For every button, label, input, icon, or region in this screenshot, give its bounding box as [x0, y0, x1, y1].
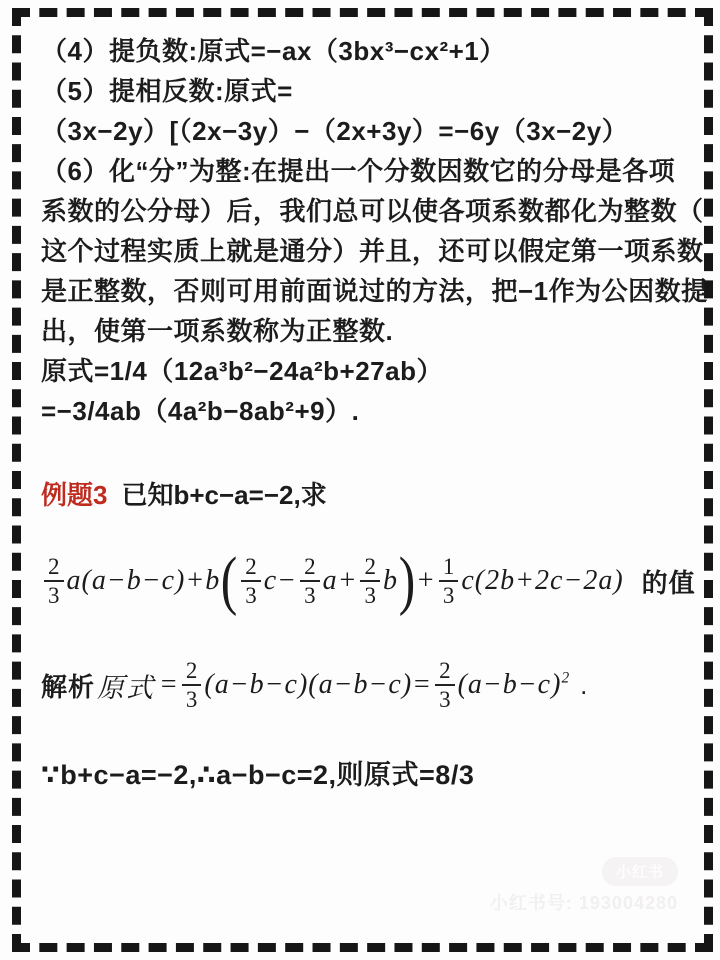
fraction-denominator: 3: [364, 582, 376, 608]
big-right-paren: ): [399, 551, 415, 610]
text-line-original-expression: 原式=1/4（12a³b²−24a²b+27ab）: [41, 351, 694, 391]
content-area: （4）提负数:原式=−ax（3bx³−cx²+1） （5）提相反数:原式= （3…: [41, 31, 694, 795]
fraction-denominator: 3: [304, 582, 316, 608]
watermark: 小红书 小红书号: 193004280: [490, 857, 678, 915]
fraction-denominator: 3: [186, 686, 198, 712]
example-statement: 已知b+c−a=−2,求: [121, 480, 326, 510]
formula-suffix: 的值: [642, 563, 696, 600]
text-line-result: =−3/4ab（4a²b−8ab²+9）.: [41, 391, 694, 431]
example-label: 例题3: [41, 480, 107, 510]
fraction: 23: [360, 554, 380, 609]
worksheet-page: （4）提负数:原式=−ax（3bx³−cx²+1） （5）提相反数:原式= （3…: [0, 0, 720, 960]
equals-sign: =: [412, 669, 432, 701]
math-term: a(a−b−c)+b: [67, 565, 221, 597]
math-term: c(2b+2c−2a): [461, 565, 623, 597]
text-line-expression: （3x−2y）[（2x−3y）−（2x+3y）=−6y（3x−2y）: [41, 111, 694, 151]
fraction-denominator: 3: [443, 582, 455, 608]
fraction-numerator: 2: [241, 554, 261, 582]
big-left-paren: (: [221, 551, 237, 610]
fraction: 13: [439, 554, 459, 609]
math-operator: +: [416, 565, 436, 597]
text-line-prose-1: 系数的公分母）后，我们总可以使各项系数都化为整数（: [41, 191, 694, 231]
math-term: a+: [323, 565, 358, 597]
fraction-numerator: 2: [182, 658, 202, 686]
dashed-border: （4）提负数:原式=−ax（3bx³−cx²+1） （5）提相反数:原式= （3…: [12, 8, 713, 952]
watermark-id: 小红书号: 193004280: [490, 889, 678, 915]
solution-lhs: 原式: [97, 666, 155, 705]
fraction-numerator: 2: [44, 554, 64, 582]
period: .: [580, 670, 587, 701]
math-term: b: [383, 565, 398, 597]
fraction: 23: [435, 658, 455, 713]
fraction-numerator: 2: [360, 554, 380, 582]
fraction-numerator: 2: [435, 658, 455, 686]
fraction-numerator: 1: [439, 554, 459, 582]
fraction-denominator: 3: [48, 582, 60, 608]
text-line-prose-4: 出，使第一项系数称为正整数.: [41, 311, 694, 351]
fraction: 23: [182, 658, 202, 713]
example-formula: 23 a(a−b−c)+b ( 23 c− 23 a+ 23 b ) + 13 …: [41, 541, 694, 621]
text-line-prose-3: 是正整数，否则可用前面说过的方法，把−1作为公因数提: [41, 271, 694, 311]
math-term: (a−b−c)(a−b−c): [204, 669, 412, 701]
solution-line: 解析 原式 = 23 (a−b−c)(a−b−c) = 23 (a−b−c)2 …: [41, 643, 694, 727]
fraction: 23: [241, 554, 261, 609]
math-term: c−: [264, 565, 297, 597]
math-term-base: (a−b−c): [458, 669, 562, 700]
text-line-6-fraction-to-integer: （6）化“分”为整:在提出一个分数因数它的分母是各项: [41, 151, 694, 191]
text-line-4-factor-negative: （4）提负数:原式=−ax（3bx³−cx²+1）: [41, 31, 694, 71]
fraction: 23: [44, 554, 64, 609]
fraction-numerator: 2: [300, 554, 320, 582]
text-line-prose-2: 这个过程实质上就是通分）并且，还可以假定第一项系数: [41, 231, 694, 271]
fraction-denominator: 3: [439, 686, 451, 712]
text-line-5-factor-opposite: （5）提相反数:原式=: [41, 71, 694, 111]
fraction: 23: [300, 554, 320, 609]
example-heading: 例题3已知b+c−a=−2,求: [41, 475, 694, 515]
xiaohongshu-logo: 小红书: [602, 857, 678, 886]
conclusion-line: ∵b+c−a=−2,∴a−b−c=2,则原式=8/3: [41, 755, 694, 795]
math-term: (a−b−c)2: [458, 669, 571, 701]
fraction-denominator: 3: [245, 582, 257, 608]
equals-sign: =: [159, 669, 179, 701]
solution-label: 解析: [41, 667, 95, 704]
exponent: 2: [561, 670, 570, 687]
